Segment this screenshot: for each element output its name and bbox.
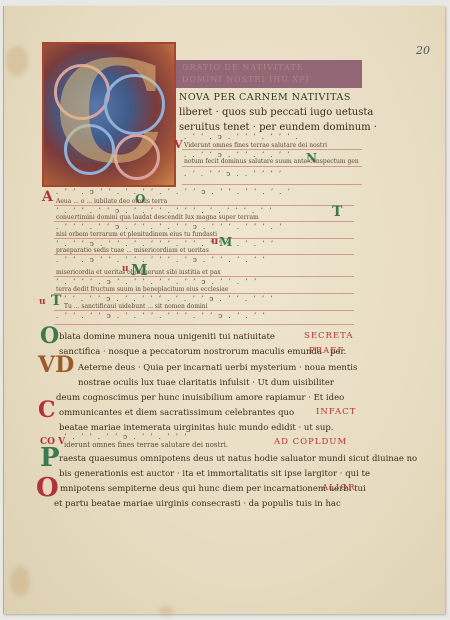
prose-line: sanctifica · nosque a peccatorum nostror… <box>59 347 346 357</box>
initial-C: C <box>38 398 56 422</box>
rubric-label: PRAEF <box>309 346 344 356</box>
chant-lyric: Tu ... sanctificaui uidebunt ... sit nom… <box>64 303 354 310</box>
rubric-label: ALIOR <box>322 483 356 493</box>
communion-text: iderunt omnes fines terrae salutare dei … <box>64 441 228 449</box>
neume-line: . ʼ ʼ . ʼ ʼ ͻ . ʼ . ʼ ʼ . ʼ ʼ ʼ . ʼ ʼ ͻ … <box>56 312 266 320</box>
incipit-line: seruitus tenet · per eundem dominum · <box>179 122 377 133</box>
chant-initial: T <box>51 293 61 309</box>
neume-line: . ʼ ʼ ʼ . ʼ ʼ ͻ . ʼ ʼ . ʼ . ʼ ʼ ͻ . ʼ ʼ … <box>56 223 283 231</box>
rubric-banner-line1: ORATIO DE NATIVITATE <box>176 60 362 72</box>
staff-rule <box>54 254 354 255</box>
parchment-stain <box>159 606 173 616</box>
neume-line: . ʼ ʼ . ͻ ʼ ʼ . ʼ ʼ . ʼ ʼ ʼ . ʼ ͻ . ʼ ʼ … <box>56 256 266 264</box>
rubric-label: INFACT <box>316 407 356 417</box>
staff-rule <box>54 238 354 239</box>
rubric-banner-line2: DOMINI NOSTRI IHU XPI <box>176 72 362 84</box>
incipit-line: NOVA PER CARNEM NATIVITAS <box>179 92 351 103</box>
neume-line: ʼ ʼ . ʼ ʼ ͻ . ʼ . ʼ ʼ ʼ . ʼ . ʼ ʼ ͻ . ʼ … <box>64 295 274 303</box>
chant-initial: T <box>332 204 342 220</box>
chant-initial: A <box>42 189 53 205</box>
chant-lyric: misericordia et ueritas obuiauerunt sibi… <box>56 269 356 276</box>
prose-line: et partu beatae mariae uirginis consecra… <box>54 499 341 509</box>
staff-rule <box>54 324 354 325</box>
staff-rule <box>54 293 354 294</box>
prose-line: deum cognoscimus per hunc inuisibilium a… <box>56 393 344 403</box>
rubric-label: SECRETA <box>304 331 353 341</box>
staff-rule <box>182 149 362 150</box>
chant-initial: u <box>39 297 46 307</box>
initial-P: P <box>40 444 60 472</box>
neume-line: . ʼ . ʼ ʼ ͻ . . ʼ ʼ ʼ ʼ <box>184 170 283 178</box>
rubric-banner: ORATIO DE NATIVITATE DOMINI NOSTRI IHU X… <box>176 60 362 88</box>
initial-O: O <box>40 325 59 347</box>
prose-line: raesta quaesumus omnipotens deus ut natu… <box>59 454 417 464</box>
initial-VD: VD <box>38 353 74 377</box>
chant-lyric: nisi orbem terrarum et plenitudinem eius… <box>56 231 356 238</box>
staff-rule <box>54 310 354 311</box>
rubric-label: AD COPLDUM <box>274 437 347 447</box>
prose-line: nostrae oculis lux tuae claritatis inful… <box>78 378 334 388</box>
neume-line: . ʼ ʼ . ͻ . ʼ ʼ ʼ . ʼ ʼ ʼ . <box>184 133 300 141</box>
staff-rule <box>54 276 354 277</box>
manuscript-page: 20 C ORATIO DE NATIVITATE DOMINI NOSTRI … <box>3 6 445 614</box>
prose-line: Aeterne deus · Quia per incarnati uerbi … <box>78 363 357 373</box>
prose-line: mnipotens sempiterne deus qui hunc diem … <box>60 484 366 494</box>
chant-lyric: notum fecit dominus salutare suum ante c… <box>184 158 359 165</box>
staff-rule <box>54 221 354 222</box>
prose-line: bis generationis est auctor · ita et imm… <box>59 469 370 479</box>
prose-line: beatae mariae intemerata uirginitas huic… <box>59 423 334 433</box>
chant-lyric: Aeua ... o ... iubilate deo omnis terra <box>56 198 167 205</box>
neume-line: ʼ . ʼ ʼ ʼ . ͻ ʼ . ʼ ʼ . ʼ ʼ . ʼ ʼ ͻ . ʼ … <box>56 278 258 286</box>
incipit-line: liberet · quos sub peccati iugo uetusta <box>179 107 373 118</box>
initial-letter: C <box>54 42 165 187</box>
prose-line: blata domine munera noua unigeniti tui n… <box>59 332 275 342</box>
staff-rule <box>54 205 354 206</box>
neume-line: ʼ . ʼ ʼ . ʼ ʼ ͻ . ʼ ʼ . ʼ ʼ ʼ <box>64 433 188 441</box>
prose-line: ommunicantes et diem sacratissimum celeb… <box>59 408 294 418</box>
parchment-stain <box>10 566 30 596</box>
chant-lyric: terra dedit fructum suum in beneplacitum… <box>56 286 356 293</box>
parchment-stain <box>6 46 28 76</box>
folio-number: 20 <box>416 44 430 57</box>
staff-rule <box>182 166 362 167</box>
initial-O: O <box>36 474 59 502</box>
chant-lyric: praeparatio sedis tuae ... misericordiam… <box>56 247 356 254</box>
staff-rule <box>182 184 362 185</box>
neume-line: . ʼ ʼ . ͻ ʼ ʼ . ʼ . ʼ ʼ . ʼ . ʼ ʼ ͻ . ʼ … <box>56 188 292 196</box>
illuminated-initial: C <box>42 42 176 187</box>
chant-lyric: Viderunt omnes fines terrae salutare dei… <box>184 142 327 149</box>
chant-initial: u <box>211 236 218 247</box>
chant-lyric: conuertimini domini qua laudat descendit… <box>56 214 326 221</box>
